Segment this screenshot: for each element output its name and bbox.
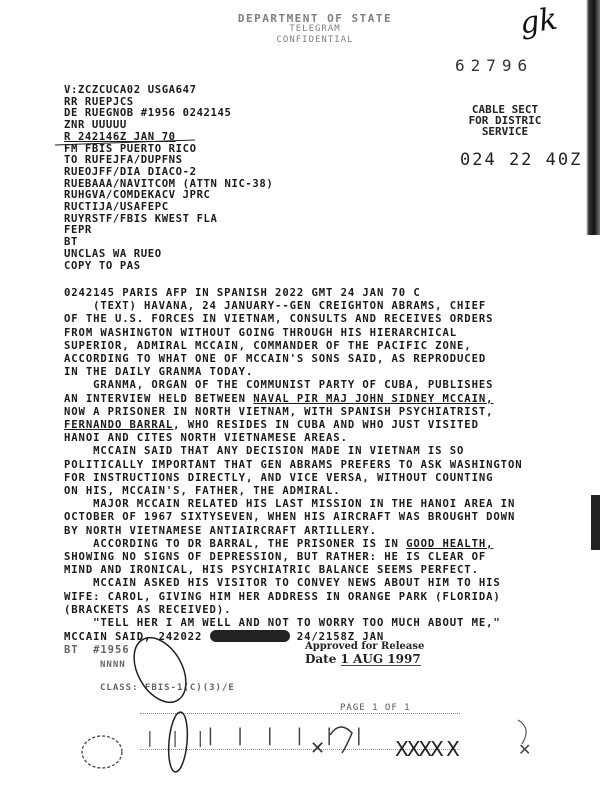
circle-annotation — [123, 629, 196, 712]
handwritten-annotations — [0, 0, 600, 788]
scribble-annotation-right — [518, 720, 526, 744]
oval-annotation — [166, 711, 189, 772]
scribble-annotation — [330, 727, 352, 753]
scanned-telegram-page: DEPARTMENT OF STATE TELEGRAM CONFIDENTIA… — [0, 0, 600, 788]
circle-annotation-left — [82, 736, 122, 768]
